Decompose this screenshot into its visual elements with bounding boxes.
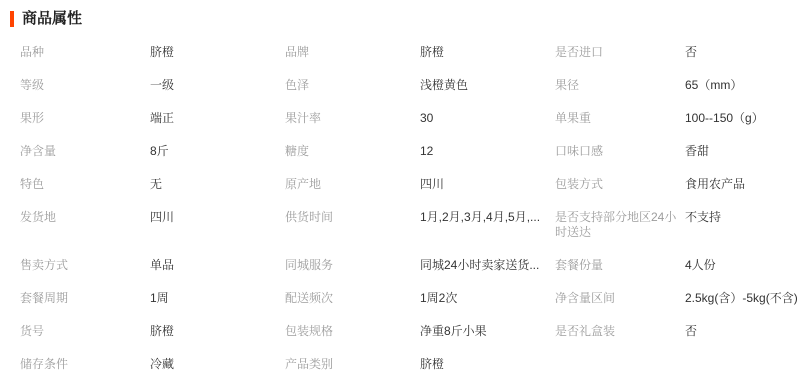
attr-value: 一级 <box>150 69 285 102</box>
attr-label: 色泽 <box>285 69 420 102</box>
attr-value: 4人份 <box>685 249 806 282</box>
attr-value: 浅橙黄色 <box>420 69 555 102</box>
attr-label: 储存条件 <box>20 348 150 378</box>
attr-value: 1月,2月,3月,4月,5月,... <box>420 201 555 234</box>
attr-value: 100--150（g） <box>685 102 806 135</box>
attr-value: 脐橙 <box>420 348 555 378</box>
attr-value: 否 <box>685 36 806 69</box>
attr-label: 果形 <box>20 102 150 135</box>
product-attributes-header: 商品属性 <box>0 0 806 28</box>
attr-label: 供货时间 <box>285 201 420 234</box>
attr-label: 产品类别 <box>285 348 420 378</box>
attr-label: 品种 <box>20 36 150 69</box>
attr-label <box>555 348 685 366</box>
attr-label: 特色 <box>20 168 150 201</box>
attr-value: 否 <box>685 315 806 348</box>
attr-value: 8斤 <box>150 135 285 168</box>
attr-label: 原产地 <box>285 168 420 201</box>
attr-label: 果汁率 <box>285 102 420 135</box>
attr-value: 65（mm） <box>685 69 806 102</box>
attr-label: 包装规格 <box>285 315 420 348</box>
attr-label: 套餐周期 <box>20 282 150 315</box>
attr-label: 净含量 <box>20 135 150 168</box>
section-title: 商品属性 <box>22 10 82 28</box>
attr-value: 脐橙 <box>420 36 555 69</box>
attr-value: 香甜 <box>685 135 806 168</box>
attr-label: 配送频次 <box>285 282 420 315</box>
attr-label: 净含量区间 <box>555 282 685 315</box>
attr-value: 2.5kg(含）-5kg(不含) <box>685 282 806 315</box>
attr-label: 口味口感 <box>555 135 685 168</box>
attr-value: 食用农产品 <box>685 168 806 201</box>
attr-value: 12 <box>420 135 555 168</box>
product-attributes-table: 品种 脐橙 品牌 脐橙 是否进口 否 等级 一级 色泽 浅橙黄色 果径 65（m… <box>0 36 806 378</box>
attr-value: 无 <box>150 168 285 201</box>
attr-label: 货号 <box>20 315 150 348</box>
attr-value <box>685 348 806 366</box>
attr-label: 是否支持部分地区24小时送达 <box>555 201 685 249</box>
attr-value: 1周 <box>150 282 285 315</box>
attr-label: 等级 <box>20 69 150 102</box>
attr-label: 糖度 <box>285 135 420 168</box>
attr-label: 套餐份量 <box>555 249 685 282</box>
attr-value: 脐橙 <box>150 36 285 69</box>
attr-label: 单果重 <box>555 102 685 135</box>
attr-label: 品牌 <box>285 36 420 69</box>
attr-value: 不支持 <box>685 201 806 234</box>
attr-value: 1周2次 <box>420 282 555 315</box>
attr-value: 单品 <box>150 249 285 282</box>
attr-label: 包装方式 <box>555 168 685 201</box>
attr-label: 同城服务 <box>285 249 420 282</box>
attr-value: 脐橙 <box>150 315 285 348</box>
attr-value: 四川 <box>420 168 555 201</box>
attr-label: 发货地 <box>20 201 150 234</box>
attr-value: 四川 <box>150 201 285 234</box>
attr-value: 冷藏 <box>150 348 285 378</box>
attr-label: 售卖方式 <box>20 249 150 282</box>
attr-value: 30 <box>420 102 555 135</box>
attr-value: 端正 <box>150 102 285 135</box>
attr-label: 是否进口 <box>555 36 685 69</box>
accent-bar <box>10 11 14 27</box>
attr-value: 净重8斤小果 <box>420 315 555 348</box>
attr-value: 同城24小时卖家送货... <box>420 249 555 282</box>
attr-label: 果径 <box>555 69 685 102</box>
attr-label: 是否礼盒装 <box>555 315 685 348</box>
